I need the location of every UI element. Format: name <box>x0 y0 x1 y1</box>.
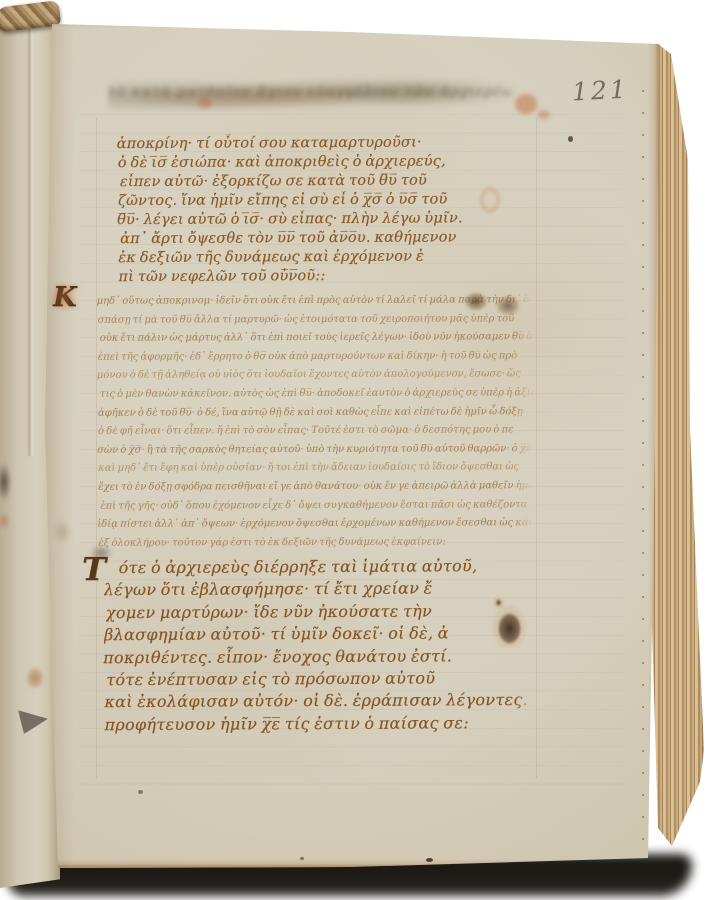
text-line: θ̅υ̅· λέγει αὐτῶ ὁ ι̅σ̅· σὺ εἶπας· πλὴν … <box>117 209 535 230</box>
stain <box>538 110 550 119</box>
text-line: ὁ δὲ φῆ εἶναι· ὅτι εἶπεν. ἤ ἐπὶ τὸ σὸν ε… <box>98 421 534 441</box>
manuscript-photo: { "manuscript": { "folio_number": "121",… <box>0 0 714 900</box>
text-line: χομεν μαρτύρων· ἴδε νῦν ἠκούσατε τὴν <box>106 600 538 625</box>
text-line: τις ὁ μὲν θανὼν κἀκεῖνον. αὐτὸς ὡς ἐπὶ θ… <box>100 384 536 404</box>
text-line: καὶ ἐκολάφισαν αὐτόν· οἱ δὲ. ἐρράπισαν λ… <box>104 689 536 714</box>
erased-header-ghost-text: τὸ κατὰ ματθαῖον ἅγιον εὐαγγέλιον τῶν ἀρ… <box>108 84 512 100</box>
folio-number: 121 <box>571 75 629 107</box>
text-line: ἐπὶ τῆς γῆς· οὐδ᾽ ὅπου ἐχόμενον εἶχε δ᾽ … <box>100 496 536 516</box>
text-line: καὶ μηδ᾽ ἔτι ἔφη καὶ ὑπὲρ οὐσίαν· ἤ τοι … <box>98 459 534 479</box>
stain <box>0 510 12 532</box>
text-line: ἀπ᾽ ἄρτι ὄψεσθε τὸν υ̅ν̅ τοῦ ἀν̅ο̅υ. καθ… <box>120 228 538 249</box>
speck <box>568 136 573 142</box>
gospel-text-upper: ἀποκρίνη· τί οὗτοί σου καταμαρτυροῦσι·ὁ … <box>118 133 537 287</box>
text-line: ἀποκρίνη· τί οὗτοί σου καταμαρτυροῦσι· <box>117 133 535 154</box>
text-line: σὼν ὁ χ̅σ̅· ἢ τὰ τῆς σαρκὸς θητείας αὐτο… <box>97 440 533 460</box>
text-line: προφήτευσον ἡμῖν χ̅ε̅ τίς ἐστιν ὁ παίσας… <box>104 712 536 737</box>
text-line: ζῶντος. ἵνα ἡμῖν εἴπης εἰ σὺ εἶ ὁ χ̅σ̅ ὁ… <box>118 190 536 211</box>
text-line: ἐπεὶ τῆς ἀφορμῆς· ἐδ᾽ ἔρρητο ὁ θ̅σ̅ οὐκ … <box>98 347 534 367</box>
text-line: πὶ τῶν νεφελῶν τοῦ οὐ̅ν̅οῦ:: <box>118 266 536 287</box>
pricking-holes <box>642 90 644 878</box>
stain <box>0 456 14 508</box>
text-line: μόνου ὁ δὲ τῇ ἀληθείᾳ οὐ υἱὸς ὅτι ἰουδαῖ… <box>97 366 533 386</box>
text-line: λέγων ὅτι ἐβλασφήμησε· τί ἔτι χρείαν ἔ <box>104 577 536 602</box>
text-line: τότε ἐνέπτυσαν εἰς τὸ πρόσωπον αὐτοῦ <box>106 667 538 692</box>
fold-shadow <box>18 700 48 734</box>
text-line: ἀφῆκεν ὁ δὲ τοῦ θ̅υ̅· ὁ δέ, ἵνα αὐτῷ θῇ … <box>98 403 534 423</box>
text-line: ἐκ δεξιῶν τῆς δυνάμεως καὶ ἐρχόμενον ἐ <box>118 247 536 268</box>
commentary-block: μηδ᾽ οὕτως ἀποκρινομ· ἰδεῖν ὅτι οὐκ ἔτι … <box>98 291 535 553</box>
text-line: σπάσῃ τί μὰ τοῦ θ̅υ̅ ἄλλα τί μαρτυρῶ· ὡς… <box>98 310 534 330</box>
erased-header: τὸ κατὰ ματθαῖον ἅγιον εὐαγγέλιον τῶν ἀρ… <box>108 75 512 111</box>
text-line: εἶπεν αὐτῶ· ἐξορκίζω σε κατὰ τοῦ θ̅υ̅ το… <box>120 171 538 192</box>
text-line: βλασφημίαν αὐτοῦ· τί ὑμῖν δοκεῖ· οἱ δὲ, … <box>104 622 536 647</box>
gospel-text-lower: ότε ὁ ἀρχιερεὺς διέρρηξε ταὶ ἱμάτια αὐτο… <box>104 555 537 737</box>
speck <box>138 790 143 794</box>
text-line: ἐξ ὁλοκλήρου· τοῦτον γάρ ἐστι τὸ ἐκ δεξι… <box>98 533 534 553</box>
stain <box>515 94 537 114</box>
initial-kappa: Κ <box>53 282 76 313</box>
text-line: ὁ δὲ ι̅σ̅ ἐσιώπα· καὶ ἀποκριθεὶς ὁ ἀρχιε… <box>118 152 536 173</box>
page-rim-top <box>38 18 660 28</box>
stain <box>198 98 212 108</box>
gutter-crease <box>27 26 34 456</box>
text-line: μηδ᾽ οὕτως ἀποκρινομ· ἰδεῖν ὅτι οὐκ ἔτι … <box>97 291 533 311</box>
text-line: ἔχει τὸ ἐν δόξῃ σφόδρα πεισθῆναι εἴ γε ἀ… <box>98 477 534 497</box>
stain <box>24 664 46 692</box>
text-line: οὐκ ἔτι πάλιν ὡς μάρτυς ἀλλ᾽ ὅτι ἐπὶ ποι… <box>100 328 536 348</box>
manuscript-page: τὸ κατὰ ματθαῖον ἅγιον εὐαγγέλιον τῶν ἀρ… <box>38 18 660 868</box>
text-line: ότε ὁ ἀρχιερεὺς διέρρηξε ταὶ ἱμάτια αὐτο… <box>103 555 535 580</box>
text-line: ποκριθέντες. εἶπον· ἔνοχος θανάτου ἐστί. <box>103 644 535 669</box>
text-line: ἰδίᾳ πίστει ἀλλ᾽ ἀπ᾽ ὄψεων· ἐρχόμενον ὄψ… <box>97 514 533 534</box>
